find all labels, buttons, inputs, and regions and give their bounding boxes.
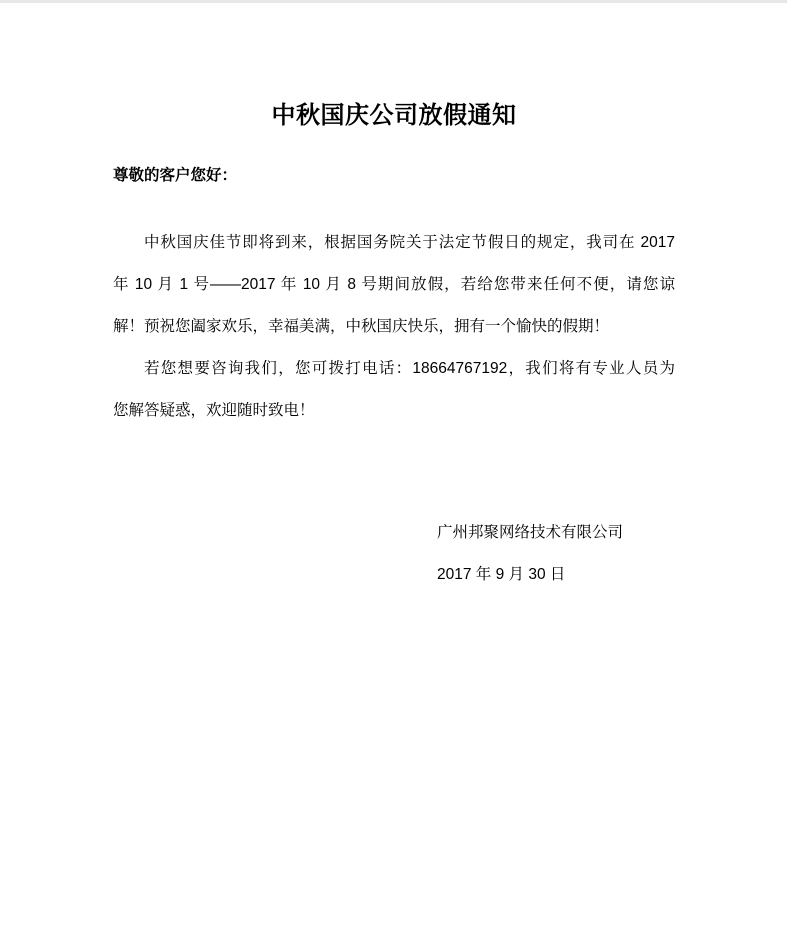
signature-date: 2017 年 9 月 30 日 [437, 554, 675, 596]
page-title: 中秋国庆公司放假通知 [113, 99, 675, 133]
signature-block: 广州邦聚网络技术有限公司 2017 年 9 月 30 日 [113, 512, 675, 596]
text-line: 解！预祝您阖家欢乐，幸福美满，中秋国庆快乐，拥有一个愉快的假期！ [113, 306, 675, 348]
greeting-line: 尊敬的客户您好： [113, 163, 675, 189]
signature-company: 广州邦聚网络技术有限公司 [437, 512, 675, 554]
document-content: 中秋国庆公司放假通知 尊敬的客户您好： 中秋国庆佳节即将到来，根据国务院关于法定… [113, 0, 675, 596]
document-page: 中秋国庆公司放假通知 尊敬的客户您好： 中秋国庆佳节即将到来，根据国务院关于法定… [0, 0, 787, 947]
text-line: 中秋国庆佳节即将到来，根据国务院关于法定节假日的规定，我司在 2017 [113, 222, 675, 264]
paragraph-holiday-announcement: 中秋国庆佳节即将到来，根据国务院关于法定节假日的规定，我司在 2017年 10 … [113, 222, 675, 348]
text-line: 您解答疑惑，欢迎随时致电！ [113, 390, 675, 432]
paragraph-contact-info: 若您想要咨询我们，您可拨打电话：18664767192，我们将有专业人员为您解答… [113, 348, 675, 432]
body-paragraphs: 中秋国庆佳节即将到来，根据国务院关于法定节假日的规定，我司在 2017年 10 … [113, 222, 675, 432]
text-line: 若您想要咨询我们，您可拨打电话：18664767192，我们将有专业人员为 [113, 348, 675, 390]
text-line: 年 10 月 1 号——2017 年 10 月 8 号期间放假，若给您带来任何不… [113, 264, 675, 306]
